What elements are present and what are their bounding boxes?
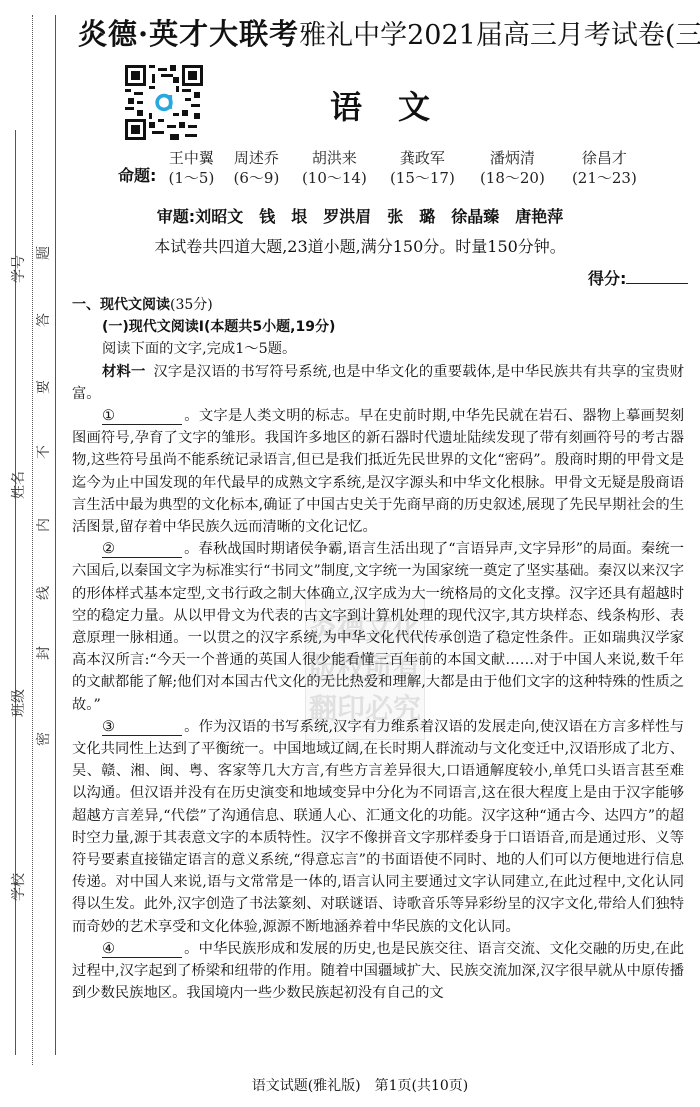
exam-info: 本试卷共四道大题,23道小题,满分150分。时量150分钟。 — [0, 234, 700, 257]
paragraph: ④。中华民族形成和发展的历史,也是民族交往、语言交流、文化交融的历史,在此过程中… — [72, 938, 684, 1005]
exam-title: 炎德·英才大联考雅礼中学2021届高三月考试卷(三) — [78, 12, 698, 52]
section-heading: 一、现代文阅读(35分) — [72, 294, 684, 316]
score-label: 得分: — [588, 269, 626, 288]
seal-char: 不 — [37, 445, 51, 459]
exam-name: 雅礼中学2021届高三月考试卷(三) — [299, 20, 700, 51]
author-entry: 周述乔(6～9) — [222, 148, 290, 188]
page-footer: 语文试题(雅礼版) 第1页(共10页) — [0, 1075, 700, 1095]
material-intro: 材料一汉字是汉语的书写符号系统,也是中华文化的重要载体,是中华民族共有共享的宝贵… — [72, 361, 684, 405]
seal-char: 封 — [37, 646, 51, 660]
paragraph: ②。春秋战国时期诸侯争霸,语言生活出现了“言语异声,文字异形”的局面。秦统一六国… — [72, 538, 684, 716]
paragraph: ③。作为汉语的书写系统,汉字有力维系着汉语的发展走向,使汉语在方言多样性与文化共… — [72, 716, 684, 938]
fill-blank-3: ③ — [102, 719, 182, 736]
subsection-heading: (一)现代文阅读Ⅰ(本题共5小题,19分) — [72, 316, 684, 338]
exam-content: 一、现代文阅读(35分) (一)现代文阅读Ⅰ(本题共5小题,19分) 阅读下面的… — [72, 294, 684, 1005]
field-class-label: 班级 — [12, 689, 26, 717]
authors-label: 命题: — [118, 163, 156, 186]
field-name-label: 姓名 — [12, 471, 26, 499]
seal-char: 线 — [37, 586, 51, 600]
author-entry: 徐昌才(21～23) — [558, 148, 650, 188]
subject-title: 语文 — [330, 82, 466, 128]
score-input[interactable] — [626, 269, 688, 284]
author-entry: 胡洪来(10～14) — [290, 148, 378, 188]
field-student-id-label: 学号 — [12, 255, 26, 283]
seal-char: 要 — [37, 380, 51, 394]
author-entry: 龚政军(15～17) — [378, 148, 466, 188]
seal-char: 内 — [37, 518, 51, 532]
seal-char: 密 — [37, 732, 51, 746]
paragraph: ①。文字是人类文明的标志。早在史前时期,中华先民就在岩石、器物上摹画契刻图画符号… — [72, 405, 684, 538]
qr-code-icon[interactable] — [125, 65, 203, 140]
authors-block: 命题: 王中翼(1～5) 周述乔(6～9) 胡洪来(10～14) 龚政军(15～… — [118, 148, 650, 188]
brand-name: 炎德·英才大联考 — [78, 17, 299, 51]
binding-line-inner — [55, 15, 56, 1055]
binding-line-dotted — [32, 15, 33, 1065]
field-school-label: 学校 — [12, 873, 26, 901]
seal-char: 答 — [37, 313, 51, 327]
score-field: 得分: — [588, 266, 688, 289]
material-label: 材料一 — [102, 364, 145, 380]
reviewers: 审题:刘昭文 钱 垠 罗洪眉 张 璐 徐晶臻 唐艳萍 — [0, 204, 700, 227]
fill-blank-1: ① — [102, 408, 182, 425]
author-entry: 潘炳清(18～20) — [466, 148, 558, 188]
instruction: 阅读下面的文字,完成1～5题。 — [72, 338, 684, 360]
author-entry: 王中翼(1～5) — [160, 148, 222, 188]
fill-blank-4: ④ — [102, 941, 182, 958]
fill-blank-2: ② — [102, 541, 182, 558]
